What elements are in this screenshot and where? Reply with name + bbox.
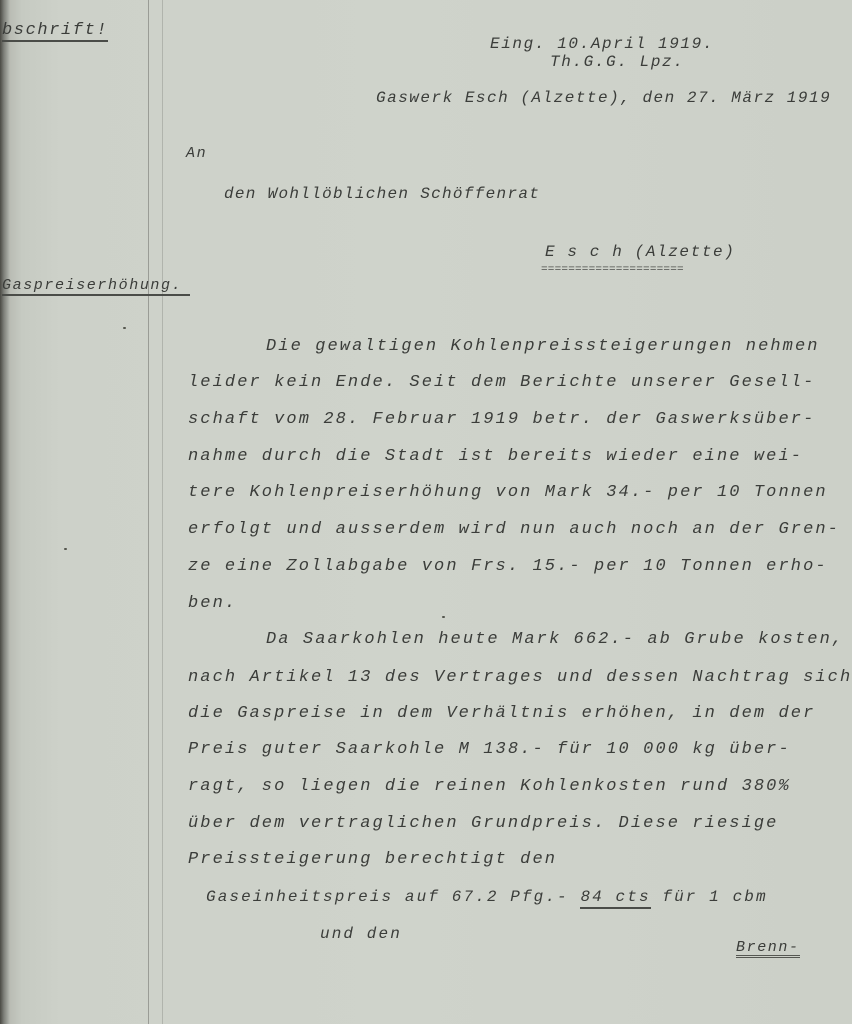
paragraph-2-line: ragt, so liegen die reinen Kohlenkosten … xyxy=(188,778,791,795)
paragraph-1-line: erfolgt und ausserdem wird nun auch noch… xyxy=(188,521,840,538)
unit-price-suffix: für 1 cbm xyxy=(651,888,768,906)
catchword-next-page: Brenn- xyxy=(736,940,800,958)
subject-heading: Gaspreiserhöhung. xyxy=(2,278,190,296)
paper-speck xyxy=(442,616,445,618)
paragraph-1-line: ben. xyxy=(188,595,237,612)
und-den-line: und den xyxy=(320,926,402,942)
unit-price-cts-underlined: 84 cts xyxy=(580,888,650,909)
margin-rule-secondary xyxy=(162,0,163,1024)
paragraph-1-line: tere Kohlenpreiserhöhung von Mark 34.- p… xyxy=(188,484,828,501)
paper-speck xyxy=(123,327,126,329)
scanned-letter-page: bschrift! Eing. 10.April 1919. Th.G.G. L… xyxy=(0,0,852,1024)
paragraph-1-line: Die gewaltigen Kohlenpreissteigerungen n… xyxy=(266,338,820,355)
received-stamp-line2: Th.G.G. Lpz. xyxy=(550,54,684,70)
paragraph-2-line: Preis guter Saarkohle M 138.- für 10 000… xyxy=(188,741,791,758)
received-stamp-line1: Eing. 10.April 1919. xyxy=(490,36,714,52)
paragraph-1-line: nahme durch die Stadt ist bereits wieder… xyxy=(188,448,803,465)
paragraph-2-line: Preissteigerung berechtigt den xyxy=(188,851,557,868)
recipient-city-underline: ===================== xyxy=(541,264,684,276)
unit-price-prefix: Gaseinheitspreis auf 67.2 Pfg.- xyxy=(206,888,580,906)
unit-price-line: Gaseinheitspreis auf 67.2 Pfg.- 84 cts f… xyxy=(206,889,768,905)
recipient-line: den Wohllöblichen Schöffenrat xyxy=(224,186,540,202)
salutation-an: An xyxy=(186,146,207,161)
paragraph-1-line: schaft vom 28. Februar 1919 betr. der Ga… xyxy=(188,411,815,428)
paragraph-2-line: nach Artikel 13 des Vertrages und dessen… xyxy=(188,669,852,686)
paper-speck xyxy=(64,548,67,550)
paragraph-2-line: Da Saarkohlen heute Mark 662.- ab Grube … xyxy=(266,631,844,648)
recipient-city: E s c h (Alzette) xyxy=(545,244,735,260)
place-date-line: Gaswerk Esch (Alzette), den 27. März 191… xyxy=(376,90,831,106)
paragraph-2-line: die Gaspreise in dem Verhältnis erhöhen,… xyxy=(188,705,815,722)
margin-rule xyxy=(148,0,149,1024)
paragraph-1-line: leider kein Ende. Seit dem Berichte unse… xyxy=(188,374,815,391)
abschrift-heading: bschrift! xyxy=(2,22,108,42)
paragraph-2-line: über dem vertraglichen Grundpreis. Diese… xyxy=(188,815,778,832)
paragraph-1-line: ze eine Zollabgabe von Frs. 15.- per 10 … xyxy=(188,558,828,575)
